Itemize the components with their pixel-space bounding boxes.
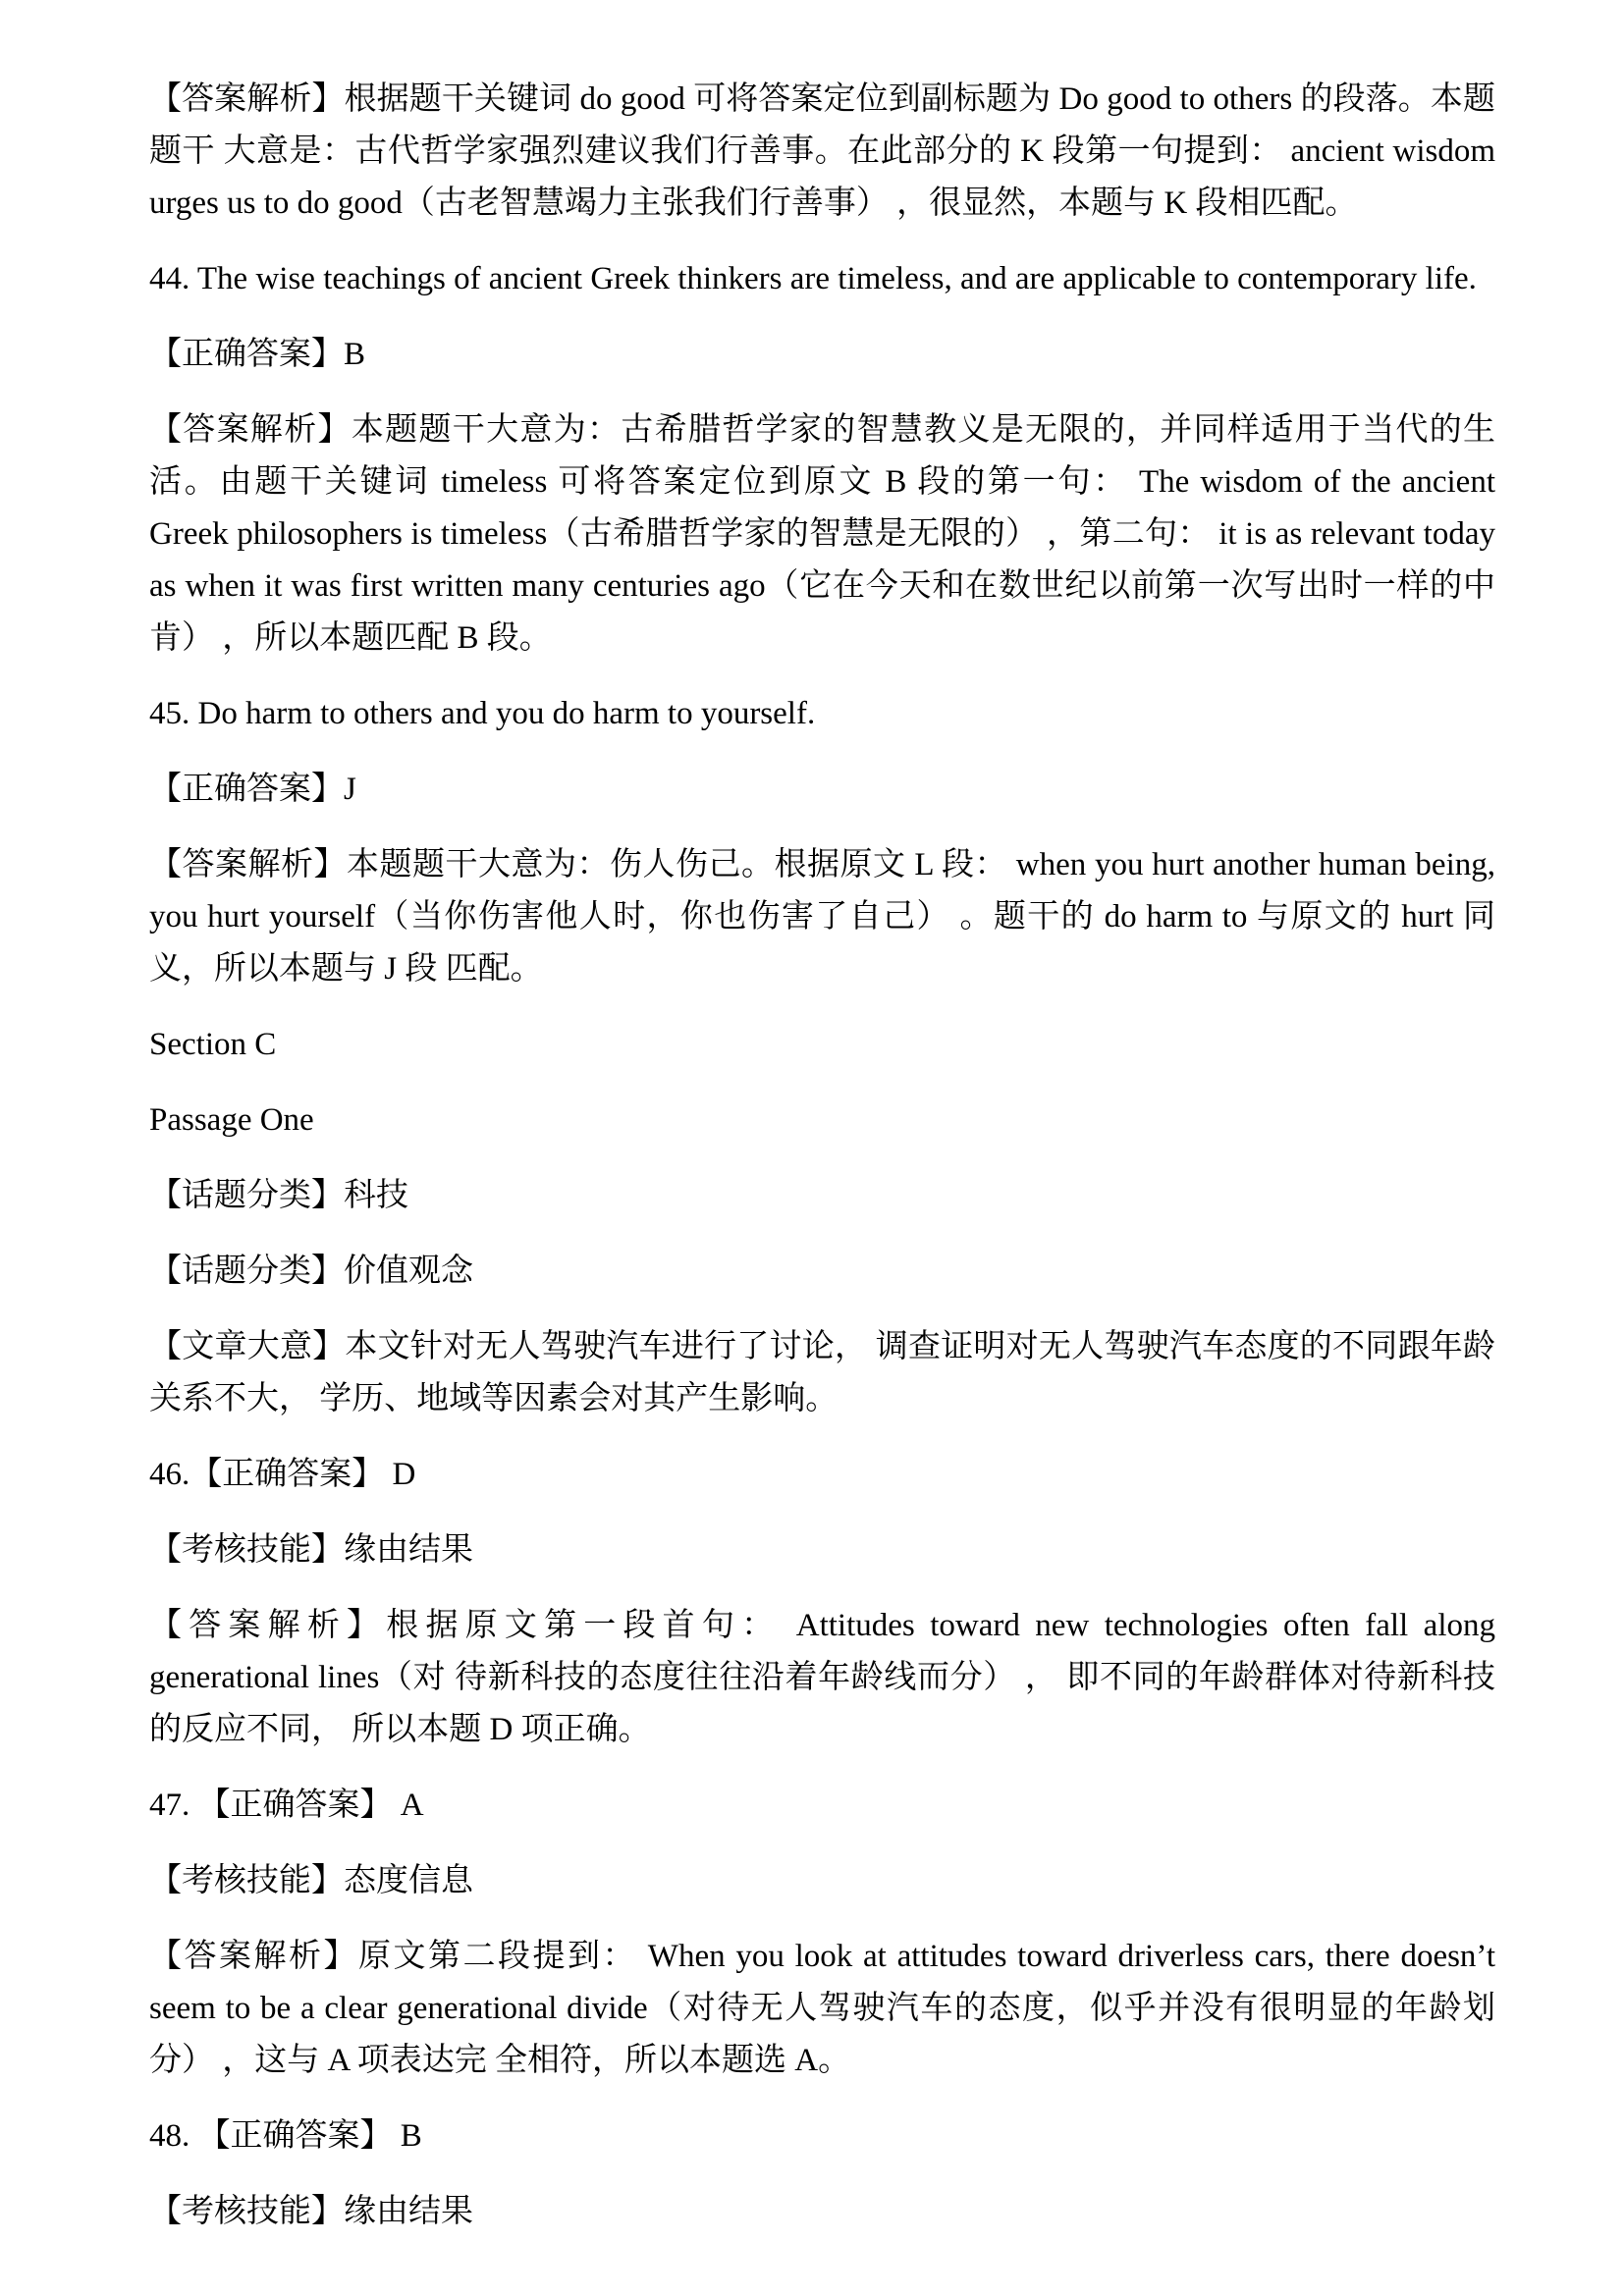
topic-category-values: 【话题分类】价值观念 — [149, 1246, 1495, 1298]
answer-analysis-45: 【答案解析】本题题干大意为：伤人伤己。根据原文 L 段： when you hu… — [149, 839, 1495, 995]
document-page: 【答案解析】根据题干关键词 do good 可将答案定位到副标题为 Do goo… — [0, 0, 1624, 2296]
correct-answer-46: 46.【正确答案】 D — [149, 1449, 1495, 1501]
answer-analysis-43: 【答案解析】根据题干关键词 do good 可将答案定位到副标题为 Do goo… — [149, 74, 1495, 230]
answer-analysis-46: 【答案解析】根据原文第一段首句： Attitudes toward new te… — [149, 1600, 1495, 1756]
passage-summary: 【文章大意】本文针对无人驾驶汽车进行了讨论， 调查证明对无人驾驶汽车态度的不同跟… — [149, 1321, 1495, 1425]
topic-category-tech: 【话题分类】科技 — [149, 1170, 1495, 1222]
question-44: 44. The wise teachings of ancient Greek … — [149, 253, 1495, 305]
exam-skill-46: 【考核技能】缘由结果 — [149, 1524, 1495, 1576]
answer-analysis-47: 【答案解析】原文第二段提到： When you look at attitude… — [149, 1931, 1495, 2087]
correct-answer-47: 47. 【正确答案】 A — [149, 1780, 1495, 1832]
exam-skill-48: 【考核技能】缘由结果 — [149, 2186, 1495, 2238]
passage-one-heading: Passage One — [149, 1095, 1495, 1147]
answer-analysis-44: 【答案解析】本题题干大意为：古希腊哲学家的智慧教义是无限的，并同样适用于当代的生… — [149, 404, 1495, 665]
section-c-heading: Section C — [149, 1019, 1495, 1071]
question-45: 45. Do harm to others and you do harm to… — [149, 688, 1495, 740]
correct-answer-45: 【正确答案】J — [149, 764, 1495, 816]
correct-answer-44: 【正确答案】B — [149, 329, 1495, 381]
correct-answer-48: 48. 【正确答案】 B — [149, 2110, 1495, 2163]
exam-skill-47: 【考核技能】态度信息 — [149, 1855, 1495, 1907]
